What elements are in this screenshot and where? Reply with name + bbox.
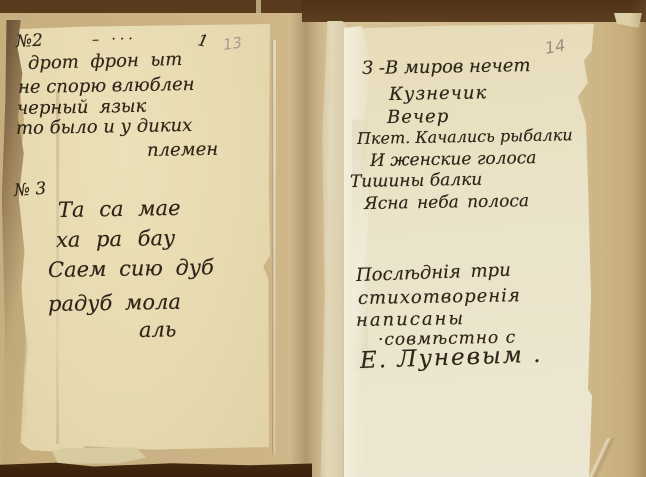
left-header-number: №2 [15,31,43,52]
right-page-line: И женские голоса [370,148,537,171]
frame-seam [256,0,261,15]
right-edge-shadow [630,0,646,477]
folio-number-13: 13 [222,33,243,53]
right-page-line: Пкет. Качались рыбалки [357,125,573,148]
right-leaf-crease [352,119,368,371]
backing-fold-line [272,40,276,455]
right-page-line: стихотворенія [358,285,521,309]
left-page-line: то было и у диких [16,115,193,139]
left-page-line: ха ра бау [56,226,176,252]
left-page-line: аль [139,317,177,342]
folio-number-14: 14 [543,36,566,58]
spine-shadow [290,13,326,477]
left-page-line: Саем сию дуб [48,255,214,282]
right-page-line: написаны [356,308,465,331]
right-page-line: Ясна неба полоса [364,191,529,214]
bottom-right-fold [556,438,646,477]
right-page-line: Вечер [387,106,450,128]
left-page-line: племен [147,139,218,161]
left-page-line: не спорю влюблен [18,74,195,98]
left-header-marks: – ··· [92,31,137,48]
right-page-line: Тишины балки [350,170,483,192]
left-page-line: Та са мае [58,196,181,222]
right-page-line: З -В миров нечет [362,55,531,79]
left-page-line: радуб мола [48,290,181,316]
right-page-line: Кузнечик [389,82,488,105]
left-page-line: № 3 [13,179,47,201]
left-page-line: дрот фрон ыт [28,49,183,74]
album-frame-top [302,0,646,22]
